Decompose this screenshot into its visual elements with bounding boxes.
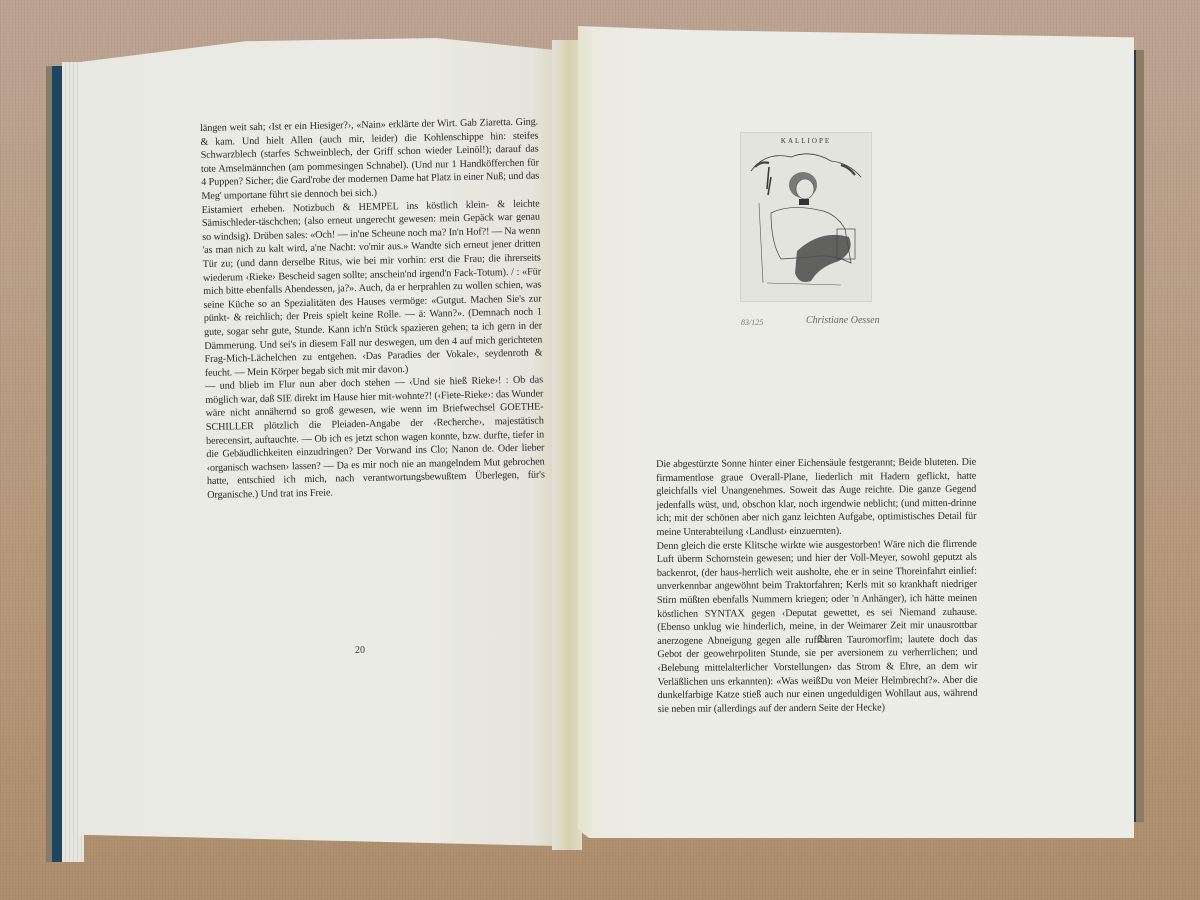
paragraph: längen weit sah; ‹Ist er ein Hiesiger?›,… [200,116,540,204]
paragraph: Die abgestürzte Sonne hinter einer Eiche… [656,456,977,540]
paragraph: Denn gleich die erste Klitsche wirkte wi… [657,537,978,716]
paragraph: Eistamiert erheben. Notizbuch & HEMPEL i… [202,197,543,380]
paragraph: — und blieb im Flur nun aber doch stehen… [205,374,545,503]
left-page-text: längen weit sah; ‹Ist er ein Hiesiger?›,… [200,116,545,503]
right-page-text: Die abgestürzte Sonne hinter einer Eiche… [656,456,978,717]
book-gutter [552,40,582,850]
page-number-left: 20 [355,645,365,656]
etching-illustration: KALLIOPE [740,132,872,302]
page-number-right: 21 [818,634,828,645]
artist-signature: Christiane Oessen [806,315,880,326]
seated-woman-etching-icon [741,133,871,301]
edition-number: 83/125 [741,318,763,327]
